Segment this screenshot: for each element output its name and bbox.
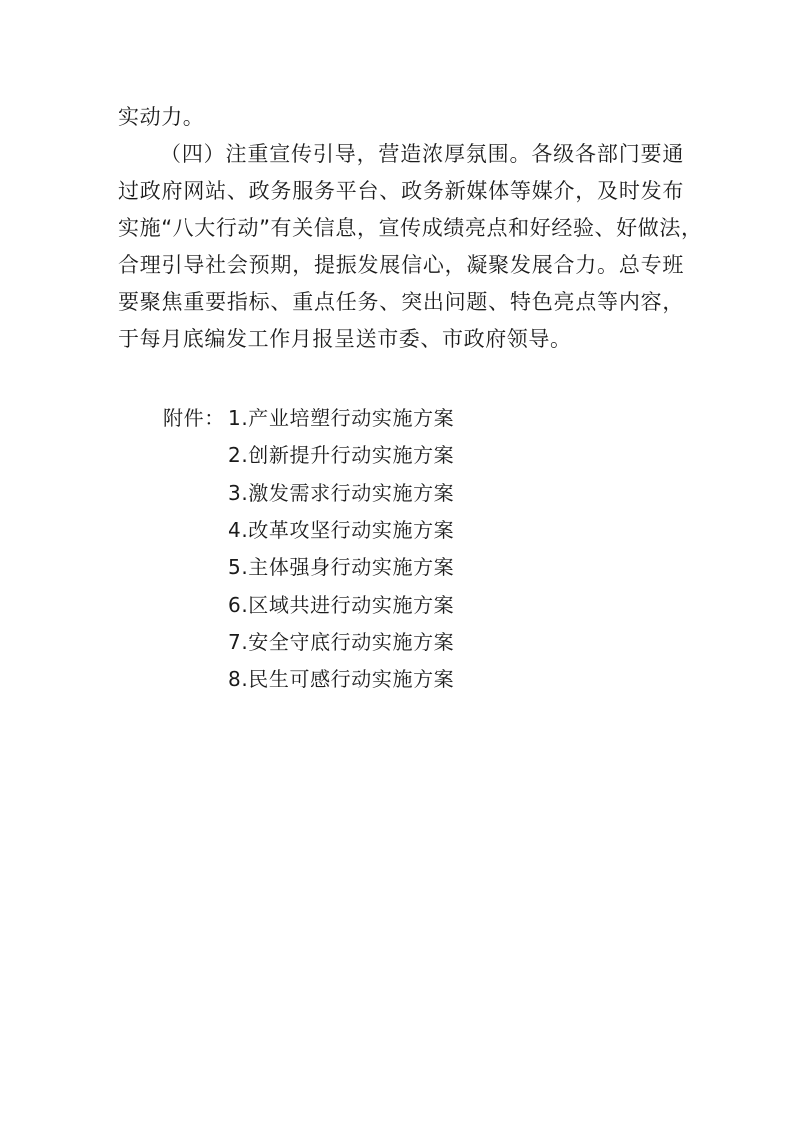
attachment-item-2: 2.创新提升行动实施方案 — [228, 442, 454, 468]
paragraph-line: 实施“八大行动”有关信息，宣传成绩亮点和好经验、好做法， — [118, 215, 684, 241]
document-page: 实动力。 （四）注重宣传引导，营造浓厚氛围。各级各部门要通 过政府网站、政务服务… — [0, 0, 793, 1122]
paragraph-line-continuation: 实动力。 — [118, 104, 684, 130]
attachment-item-1: 1.产业培塑行动实施方案 — [228, 405, 454, 431]
attachments-label: 附件： — [163, 405, 225, 431]
attachment-item-5: 5.主体强身行动实施方案 — [228, 554, 454, 580]
paragraph-line-section-four-heading: （四）注重宣传引导，营造浓厚氛围。各级各部门要通 — [160, 141, 684, 167]
attachment-item-4: 4.改革攻坚行动实施方案 — [228, 517, 454, 543]
attachment-item-7: 7.安全守底行动实施方案 — [228, 629, 454, 655]
paragraph-line-last: 于每月底编发工作月报呈送市委、市政府领导。 — [118, 326, 684, 352]
attachment-item-3: 3.激发需求行动实施方案 — [228, 480, 454, 506]
paragraph-line: 过政府网站、政务服务平台、政务新媒体等媒介，及时发布 — [118, 178, 684, 204]
paragraph-line: 要聚焦重要指标、重点任务、突出问题、特色亮点等内容， — [118, 289, 684, 315]
paragraph-line: 合理引导社会预期，提振发展信心，凝聚发展合力。总专班 — [118, 252, 684, 278]
attachment-item-6: 6.区域共进行动实施方案 — [228, 592, 454, 618]
attachment-item-8: 8.民生可感行动实施方案 — [228, 666, 454, 692]
